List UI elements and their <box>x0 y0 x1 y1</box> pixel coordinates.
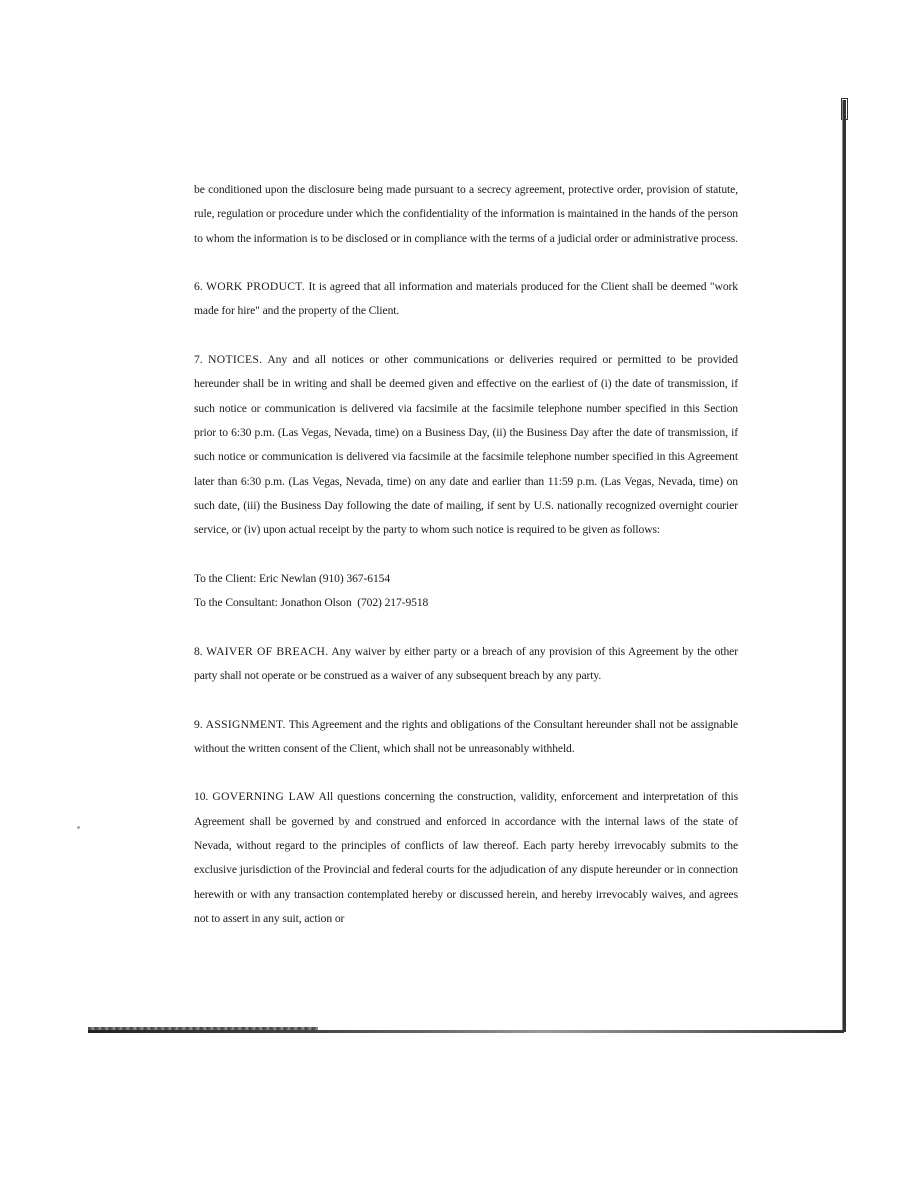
section-number: 9. <box>194 718 203 731</box>
scan-speck <box>77 826 80 829</box>
contact-consultant: To the Consultant: Jonathon Olson (702) … <box>194 591 738 615</box>
section-number: 7. <box>194 353 203 366</box>
section-heading: GOVERNING LAW <box>212 790 315 803</box>
contact-phone: (910) 367-6154 <box>319 572 390 585</box>
contact-label: To the Consultant: <box>194 596 278 609</box>
section-governing-law: 10. GOVERNING LAW All questions concerni… <box>194 785 738 931</box>
section-number: 10. <box>194 790 208 803</box>
notice-contacts: To the Client: Eric Newlan (910) 367-615… <box>194 567 738 616</box>
continued-paragraph: be conditioned upon the disclosure being… <box>194 178 738 251</box>
contact-label: To the Client: <box>194 572 256 585</box>
section-work-product: 6. WORK PRODUCT. It is agreed that all i… <box>194 275 738 324</box>
section-notices: 7. NOTICES. Any and all notices or other… <box>194 348 738 542</box>
section-assignment: 9. ASSIGNMENT. This Agreement and the ri… <box>194 713 738 762</box>
section-body: Any and all notices or other communicati… <box>194 353 738 536</box>
section-heading: WORK PRODUCT. <box>206 280 305 293</box>
scan-page-bottom-edge <box>88 1030 844 1033</box>
section-number: 6. <box>194 280 203 293</box>
contact-name: Jonathon Olson <box>281 596 352 609</box>
scan-page-right-edge <box>842 100 846 1032</box>
section-heading: NOTICES. <box>208 353 262 366</box>
section-waiver-of-breach: 8. WAIVER OF BREACH. Any waiver by eithe… <box>194 640 738 689</box>
contact-client: To the Client: Eric Newlan (910) 367-615… <box>194 567 738 591</box>
contact-phone: (702) 217-9518 <box>357 596 428 609</box>
section-heading: ASSIGNMENT. <box>206 718 286 731</box>
section-number: 8. <box>194 645 203 658</box>
section-body: All questions concerning the constructio… <box>194 790 738 924</box>
contact-name: Eric Newlan <box>259 572 316 585</box>
document-page: be conditioned upon the disclosure being… <box>194 178 738 931</box>
section-heading: WAIVER OF BREACH. <box>206 645 328 658</box>
